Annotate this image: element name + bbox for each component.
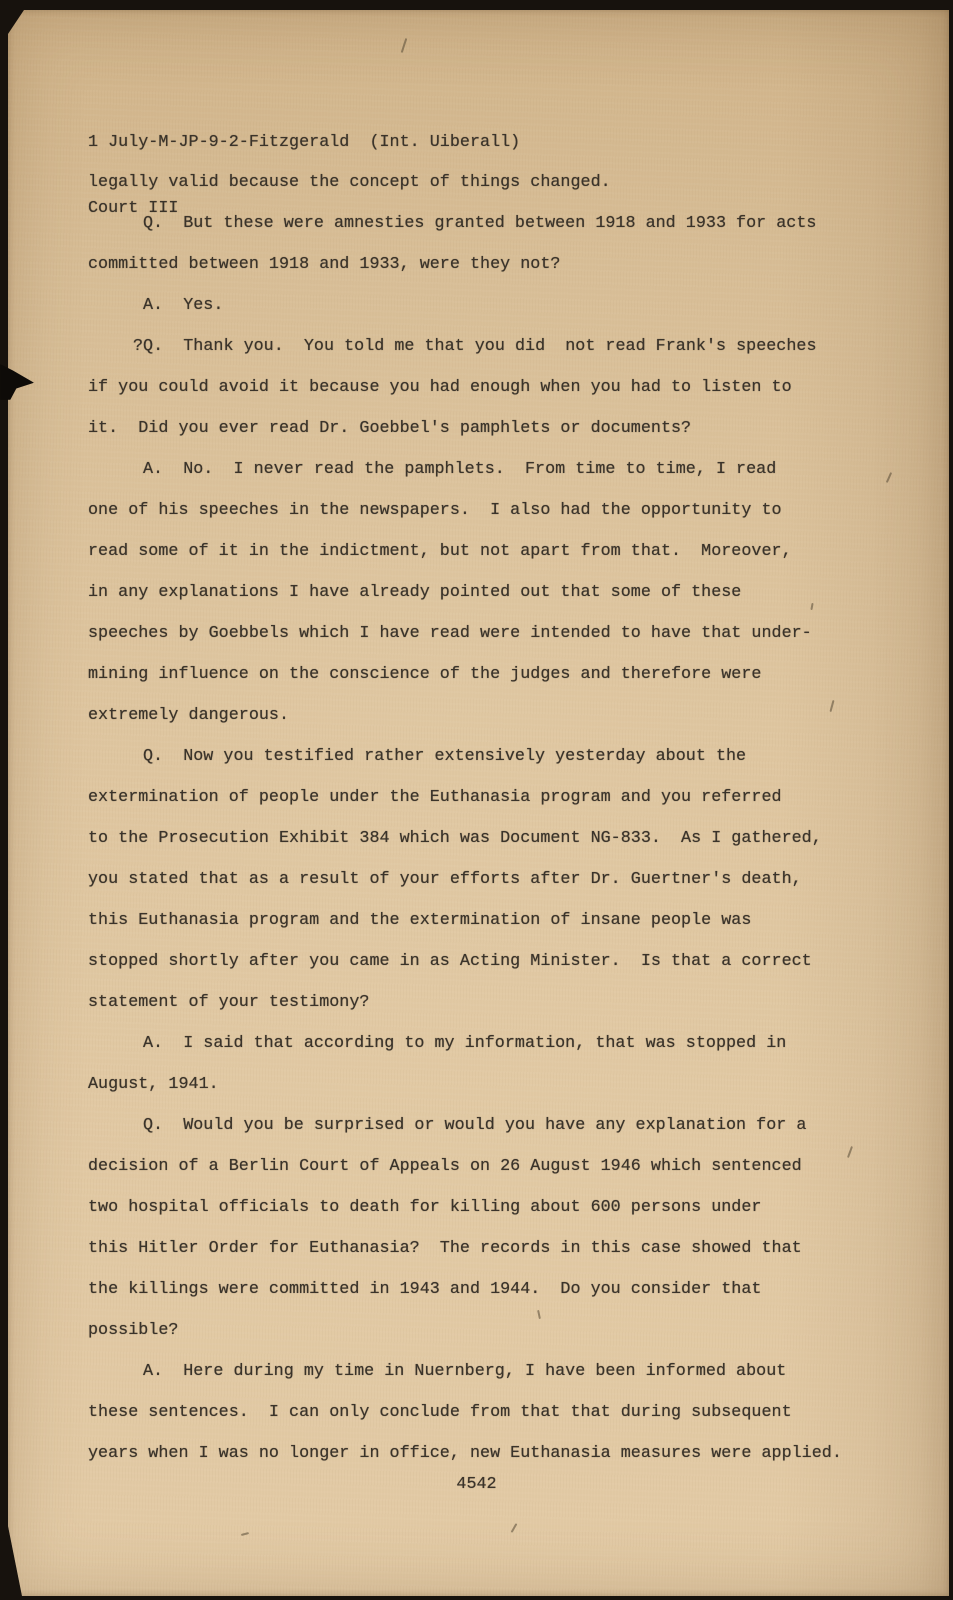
transcript-line: this Euthanasia program and the extermin… [88, 900, 842, 941]
transcript-line: Q. Would you be surprised or would you h… [88, 1105, 842, 1146]
transcript-line: the killings were committed in 1943 and … [88, 1269, 842, 1310]
transcript-line: two hospital officials to death for kill… [88, 1187, 842, 1228]
transcript-line: ?Q. Thank you. You told me that you did … [88, 326, 842, 367]
transcript-line: if you could avoid it because you had en… [88, 367, 842, 408]
transcript-line: decision of a Berlin Court of Appeals on… [88, 1146, 842, 1187]
transcript-line: to the Prosecution Exhibit 384 which was… [88, 818, 842, 859]
transcript-line: committed between 1918 and 1933, were th… [88, 244, 842, 285]
transcript-line: stopped shortly after you came in as Act… [88, 941, 842, 982]
transcript-line: speeches by Goebbels which I have read w… [88, 613, 842, 654]
transcript-line: legally valid because the concept of thi… [88, 162, 842, 203]
transcript-line: statement of your testimony? [88, 982, 842, 1023]
page-number: 4542 [0, 1464, 953, 1505]
transcript-line: A. Here during my time in Nuernberg, I h… [88, 1351, 842, 1392]
transcript-line: read some of it in the indictment, but n… [88, 531, 842, 572]
transcript-line: it. Did you ever read Dr. Goebbel's pamp… [88, 408, 842, 449]
scanned-transcript-page: 1 July-M-JP-9-2-Fitzgerald (Int. Uiberal… [0, 0, 953, 1600]
transcript-line: one of his speeches in the newspapers. I… [88, 490, 842, 531]
header-case-line: 1 July-M-JP-9-2-Fitzgerald (Int. Uiberal… [88, 132, 520, 154]
transcript-body: legally valid because the concept of thi… [88, 162, 842, 1474]
transcript-line: August, 1941. [88, 1064, 842, 1105]
transcript-line: this Hitler Order for Euthanasia? The re… [88, 1228, 842, 1269]
transcript-line: A. Yes. [88, 285, 842, 326]
transcript-line: possible? [88, 1310, 842, 1351]
transcript-line: you stated that as a result of your effo… [88, 859, 842, 900]
transcript-line: Q. Now you testified rather extensively … [88, 736, 842, 777]
transcript-line: extremely dangerous. [88, 695, 842, 736]
transcript-line: A. No. I never read the pamphlets. From … [88, 449, 842, 490]
transcript-line: these sentences. I can only conclude fro… [88, 1392, 842, 1433]
transcript-line: mining influence on the conscience of th… [88, 654, 842, 695]
transcript-line: extermination of people under the Euthan… [88, 777, 842, 818]
transcript-line: Q. But these were amnesties granted betw… [88, 203, 842, 244]
transcript-line: A. I said that according to my informati… [88, 1023, 842, 1064]
transcript-line: in any explanations I have already point… [88, 572, 842, 613]
